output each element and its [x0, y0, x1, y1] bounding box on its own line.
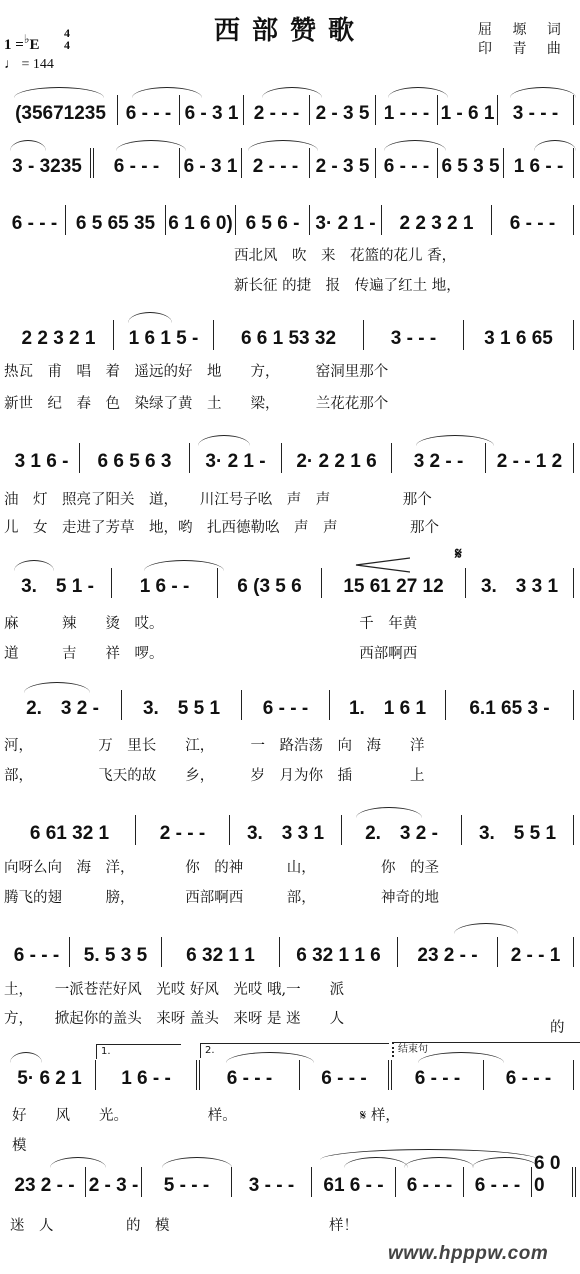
time-bottom: 4	[64, 39, 70, 51]
measure: 6 - - -	[392, 1060, 484, 1090]
slur	[454, 923, 518, 934]
measure: 6 - - -	[396, 1167, 464, 1197]
measure: 3 1 6 65	[464, 320, 574, 350]
measure: 3· 2 1 -	[190, 443, 282, 473]
measure: 3 - - -	[498, 95, 574, 125]
lyrics-verse-1: 向呀么向 海 洋， 你 的神 山， 你 的圣	[4, 856, 439, 877]
slur	[534, 140, 576, 151]
lyrics-verse-1: 好 风 光。 样。 𝄋 样，	[12, 1104, 400, 1125]
system-9: 6 - - - 5. 5 3 5 6 32 1 1 6 32 1 1 6 23 …	[4, 937, 576, 967]
measure: 6 - - -	[242, 690, 330, 720]
system-4: 2 2 3 2 1 1 6 1 5 - 6 6 1 53 32 3 - - - …	[4, 320, 576, 350]
slur	[198, 435, 250, 446]
volta-first-ending: 1.	[96, 1044, 181, 1059]
measure: 2 - - -	[244, 95, 310, 125]
lyrics-verse-2: 模	[12, 1134, 27, 1155]
slur	[14, 560, 54, 571]
measure: 2· 2 2 1 6	[282, 443, 392, 473]
measure: 6 - - -	[118, 95, 180, 125]
measure: 3. 5 5 1	[122, 690, 242, 720]
measure: 2 2 3 2 1	[4, 320, 114, 350]
measure: 2. 3 2 -	[4, 690, 122, 720]
measure: 3 - - -	[232, 1167, 312, 1197]
measure: 1 6 - -	[112, 568, 218, 598]
lyrics-verse-2: 部， 飞天的故 乡， 岁 月为你 插 上	[4, 764, 425, 785]
measure: 6 6 1 53 32	[214, 320, 364, 350]
tie	[10, 140, 46, 151]
system-1: (35671235 6 - - - 6 - 3 1 2 - - - 2 - 3 …	[4, 95, 576, 125]
measure: 15 61 27 12	[322, 568, 466, 598]
composer: 印 青 曲	[478, 40, 569, 59]
measure: 6 5 65 35	[66, 205, 166, 235]
slur	[144, 560, 224, 571]
slur	[14, 87, 104, 98]
measure: 23 2 - -	[4, 1167, 86, 1197]
measure: 1 - - -	[376, 95, 438, 125]
measure: 3 - - -	[364, 320, 464, 350]
measure: 6 - - -	[4, 205, 66, 235]
measure: 3 1 6 -	[4, 443, 80, 473]
final-measure: 6 0 0	[532, 1167, 576, 1197]
measure: 6 - - -	[376, 148, 438, 178]
measure: 3. 5 1 -	[4, 568, 112, 598]
measure: 2 - - 1 2	[486, 443, 574, 473]
measure: 2 - - 1	[498, 937, 574, 967]
system-8: 6 61 32 1 2 - - - 3. 3 3 1 2. 3 2 - 3. 5…	[4, 815, 576, 845]
measure: 3. 3 3 1	[466, 568, 574, 598]
tie	[10, 1052, 42, 1063]
slur	[510, 87, 576, 98]
lyrics-verse-2: 新长征 的捷 报 传遍了红土 地，	[234, 274, 461, 295]
measure: 6 - - -	[94, 148, 180, 178]
key-prefix: 1 =	[4, 37, 24, 53]
measure: 1 - 6 1	[438, 95, 498, 125]
measure: 6 - - -	[300, 1060, 392, 1090]
key-note: E	[29, 37, 39, 53]
measure: 1 6 1 5 -	[114, 320, 214, 350]
measure-repeat-end: 1 6 - -	[96, 1060, 200, 1090]
slur	[132, 87, 202, 98]
lyrics-verse-1: 麻 辣 烫 哎。 千 年黄	[4, 612, 417, 633]
measure: 6 - - -	[492, 205, 574, 235]
lyrics-extra: 的	[550, 1016, 565, 1037]
measure: 6.1 65 3 -	[446, 690, 574, 720]
measure: 61 6 - -	[312, 1167, 396, 1197]
measure: 6 6 5 6 3	[80, 443, 190, 473]
measure-repeat-start: 3 - 3235	[4, 148, 94, 178]
slur	[356, 807, 422, 818]
system-6: 3. 5 1 - 1 6 - - 6 (3 5 6 15 61 27 12 3.…	[4, 568, 576, 598]
slur	[416, 435, 494, 446]
lyrics-verse-1: 河， 万 里长 江， 一 路浩荡 向 海 洋	[4, 734, 425, 755]
measure: 6 61 32 1	[4, 815, 136, 845]
system-11: 23 2 - - 2 - 3 - 5 - - - 3 - - - 61 6 - …	[4, 1167, 576, 1197]
credits: 屈 塬 词 印 青 曲	[478, 21, 569, 59]
slur	[262, 87, 322, 98]
lyrics-verse: 迷 人 的 模 样！	[10, 1214, 358, 1235]
lyrics-verse-2: 新世 纪 春 色 染绿了黄 土 梁， 兰花花那个	[4, 392, 388, 413]
key-signature: 1 =♭E	[4, 32, 40, 54]
slur	[128, 312, 172, 323]
measure: 6 32 1 1	[162, 937, 280, 967]
system-10: 5· 6 2 1 1 6 - - 6 - - - 6 - - - 6 - - -…	[4, 1060, 576, 1090]
lyrics-verse-2: 道 吉 祥 啰。 西部啊西	[4, 642, 417, 663]
measure: 1 6 - -	[504, 148, 574, 178]
lyrics-verse-2: 腾飞的翅 膀， 西部啊西 部， 神奇的地	[4, 886, 439, 907]
lyricist: 屈 塬 词	[478, 21, 569, 40]
tempo-marking: ♩ = 144	[4, 57, 54, 73]
measure: 1. 1 6 1	[330, 690, 446, 720]
measure: 5· 6 2 1	[4, 1060, 96, 1090]
lyrics-verse-1: 土， 一派苍茫好风 光哎 好风 光哎 哦,一 派	[4, 978, 344, 999]
measure: 3· 2 1 -	[310, 205, 382, 235]
lyrics-verse-2: 儿 女 走进了芳草 地，哟 扎西德勒吆 声 声 那个	[4, 516, 439, 537]
measure: 6 - 3 1	[180, 95, 244, 125]
lyrics-verse-2: 方， 掀起你的盖头 来呀 盖头 来呀 是 迷 人	[4, 1007, 344, 1028]
slur	[384, 140, 446, 151]
slur	[24, 682, 90, 693]
system-2: 3 - 3235 6 - - - 6 - 3 1 2 - - - 2 - 3 5…	[4, 148, 576, 178]
measure: 23 2 - -	[398, 937, 498, 967]
lyrics-verse-1: 油 灯 照亮了阳关 道， 川江号子吆 声 声 那个	[4, 488, 432, 509]
system-3: 6 - - - 6 5 65 35 6 1 6 0) 6 5 6 - 3· 2 …	[4, 205, 576, 235]
lyrics-verse-1: 西北风 吹 来 花篮的花儿 香，	[234, 244, 456, 265]
system-5: 3 1 6 - 6 6 5 6 3 3· 2 1 - 2· 2 2 1 6 3 …	[4, 443, 576, 473]
measure: 2 - 3 5	[310, 148, 376, 178]
measure: 6 - - -	[484, 1060, 574, 1090]
measure: 6 5 6 -	[236, 205, 310, 235]
measure: 2 - 3 5	[310, 95, 376, 125]
measure: 5. 5 3 5	[70, 937, 162, 967]
measure: 3. 3 3 1	[230, 815, 342, 845]
measure: 6 - 3 1	[180, 148, 242, 178]
measure: 5 - - -	[142, 1167, 232, 1197]
watermark: www.hpppw.com	[388, 1243, 548, 1265]
measure: 6 - - -	[464, 1167, 532, 1197]
measure: 6 - - -	[200, 1060, 300, 1090]
measure: 3. 5 5 1	[462, 815, 574, 845]
measure: 3 2 - -	[392, 443, 486, 473]
measure: 6 (3 5 6	[218, 568, 322, 598]
measure: 6 1 6 0)	[166, 205, 236, 235]
segno-sign: 𝄋	[455, 544, 462, 564]
slur	[388, 87, 448, 98]
slur	[162, 1157, 232, 1168]
time-signature: 4 4	[64, 27, 70, 51]
measure: 2 - - -	[242, 148, 310, 178]
measure: 2 - - -	[136, 815, 230, 845]
slur	[50, 1157, 106, 1168]
measure: 6 5 3 5	[438, 148, 504, 178]
measure: 6 - - -	[4, 937, 70, 967]
measure: 6 32 1 1 6	[280, 937, 398, 967]
slur	[116, 140, 186, 151]
measure: 2 2 3 2 1	[382, 205, 492, 235]
measure: (35671235	[4, 95, 118, 125]
lyrics-verse-1: 热瓦 甫 唱 着 遥远的好 地 方， 窑洞里那个	[4, 360, 388, 381]
system-7: 2. 3 2 - 3. 5 5 1 6 - - - 1. 1 6 1 6.1 6…	[4, 690, 576, 720]
measure: 2 - 3 -	[86, 1167, 142, 1197]
measure: 2. 3 2 -	[342, 815, 462, 845]
slur	[248, 140, 318, 151]
